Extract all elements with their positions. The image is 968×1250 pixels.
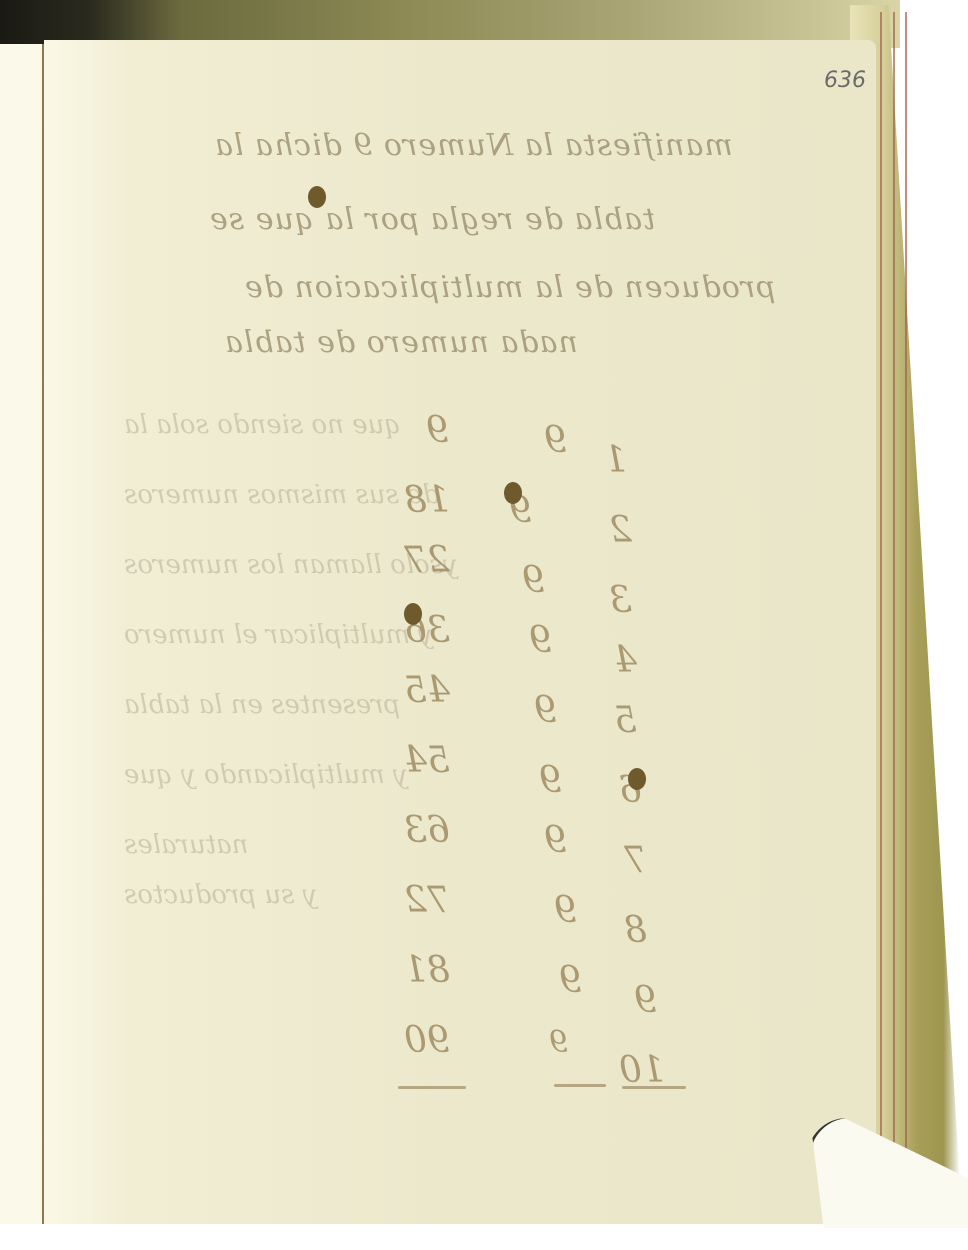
- ink-blot: [308, 186, 326, 208]
- factor-cell: 9: [549, 1025, 568, 1060]
- product-cell: 9: [426, 410, 449, 451]
- multiplier-cell: 9: [634, 980, 657, 1021]
- bleed-line: presentes en la tabla: [124, 690, 400, 720]
- ink-blot: [628, 768, 646, 790]
- multiplier-cell: 1: [604, 440, 627, 481]
- page-edge-line: [880, 12, 882, 1172]
- multiplier-cell: 10: [619, 1050, 665, 1091]
- bleed-line: y multiplicar el numero: [124, 620, 433, 650]
- scan-margin: [0, 1236, 968, 1250]
- product-cell: 45: [404, 670, 450, 711]
- factor-cell: 9: [529, 620, 552, 661]
- multiplier-cell: 8: [624, 910, 647, 951]
- bleed-line: que no siendo sola la: [124, 410, 401, 440]
- factor-cell: 9: [554, 890, 577, 931]
- product-cell: 63: [404, 810, 450, 851]
- product-cell: 18: [404, 480, 450, 521]
- page-edge-line: [905, 12, 907, 1184]
- product-cell: 72: [404, 880, 450, 921]
- factor-cell: 9: [544, 420, 567, 461]
- page-number: 636: [824, 68, 866, 93]
- product-cell: 27: [404, 540, 450, 581]
- heading-line: manifiesta la Numero 9 dicha la: [214, 128, 733, 163]
- factor-cell: 9: [544, 820, 567, 861]
- sum-rule: [622, 1086, 686, 1089]
- multiplier-cell: 5: [614, 700, 637, 741]
- heading-line: tabla de regla por la que se: [209, 202, 655, 237]
- bleed-line: y su productos: [124, 880, 317, 910]
- factor-cell: 9: [559, 960, 582, 1001]
- factor-cell: 9: [522, 560, 545, 601]
- product-cell: 90: [404, 1020, 450, 1061]
- ink-blot: [504, 482, 522, 504]
- bleed-line: naturales: [124, 830, 248, 860]
- facing-page-strip: [0, 44, 44, 1224]
- product-cell: 54: [404, 740, 450, 781]
- heading-line: nada numero de tabla: [224, 325, 578, 360]
- manuscript-page: 636 que no siendo sola la de sus mismos …: [44, 40, 876, 1224]
- sum-rule: [554, 1084, 606, 1087]
- bleed-line: y multiplicando y que: [124, 760, 408, 790]
- product-cell: 81: [404, 950, 450, 991]
- multiplier-cell: 7: [624, 840, 647, 881]
- factor-cell: 9: [539, 760, 562, 801]
- multiplier-cell: 3: [609, 580, 632, 621]
- multiplier-cell: 2: [609, 510, 632, 551]
- page-edge-line: [893, 12, 895, 1180]
- factor-cell: 9: [534, 690, 557, 731]
- bleed-line: de sus mismos numeros: [124, 480, 439, 510]
- heading-line: producen de la multiplicacion de: [244, 270, 775, 305]
- ink-blot: [404, 603, 422, 625]
- sum-rule: [398, 1086, 466, 1089]
- multiplier-cell: 4: [614, 640, 637, 681]
